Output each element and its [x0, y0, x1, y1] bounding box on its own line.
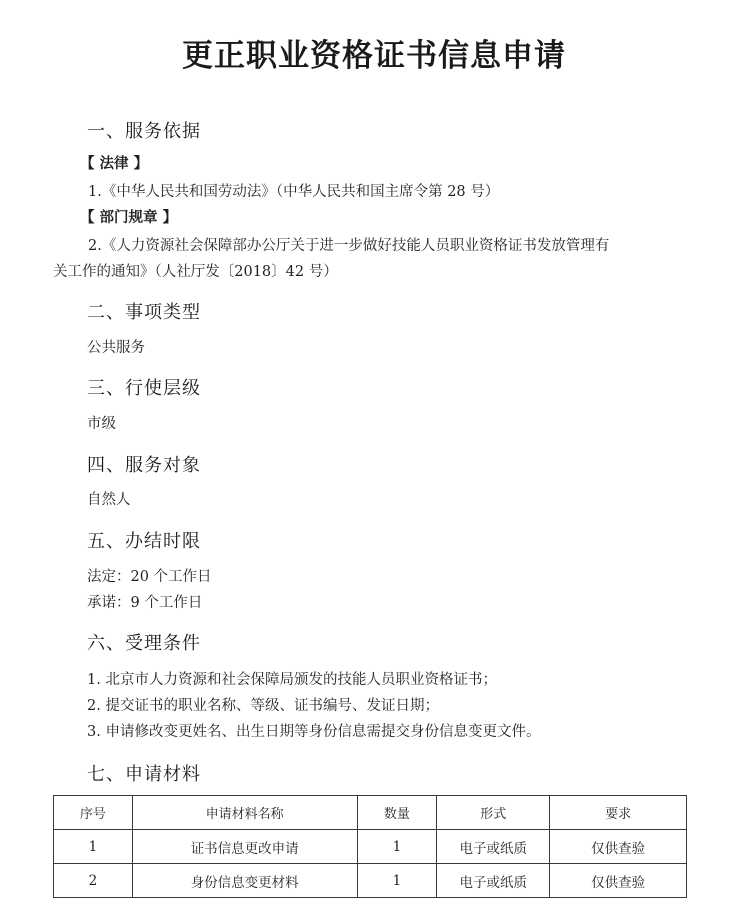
cell-material-name: 证书信息更改申请	[132, 830, 357, 864]
section-heading-target: 四、服务对象	[87, 451, 201, 477]
cell-index: 1	[54, 830, 133, 864]
condition-item: 1. 北京市人力资源和社会保障局颁发的技能人员职业资格证书；	[87, 668, 497, 689]
cell-requirement: 仅供查验	[550, 864, 687, 898]
law-item: 1.《中华人民共和国劳动法》（中华人民共和国主席令第 28 号）	[88, 180, 499, 201]
law-label: 【 法律 】	[80, 152, 148, 173]
rule-label: 【 部门规章 】	[80, 206, 177, 227]
column-header-quantity: 数量	[357, 796, 437, 830]
column-header-form: 形式	[437, 796, 550, 830]
table-row: 1 证书信息更改申请 1 电子或纸质 仅供查验	[54, 830, 687, 864]
level-value: 市级	[87, 412, 116, 433]
section-heading-basis: 一、服务依据	[87, 117, 201, 143]
target-value: 自然人	[87, 488, 131, 509]
condition-item: 3. 申请修改变更姓名、出生日期等身份信息需提交身份信息变更文件。	[87, 720, 540, 741]
section-heading-materials: 七、申请材料	[87, 760, 201, 786]
section-heading-type: 二、事项类型	[87, 298, 201, 324]
legal-time-limit: 法定：20 个工作日	[87, 565, 212, 586]
cell-form: 电子或纸质	[437, 864, 550, 898]
section-heading-conditions: 六、受理条件	[87, 629, 201, 655]
cell-material-name: 身份信息变更材料	[132, 864, 357, 898]
table-header-row: 序号 申请材料名称 数量 形式 要求	[54, 796, 687, 830]
cell-quantity: 1	[357, 864, 437, 898]
section-heading-level: 三、行使层级	[87, 374, 201, 400]
rule-item-line1: 2.《人力资源社会保障部办公厅关于进一步做好技能人员职业资格证书发放管理有	[88, 234, 609, 255]
type-value: 公共服务	[87, 336, 145, 357]
rule-item-line2: 关工作的通知》（人社厅发〔2018〕42 号）	[53, 260, 338, 281]
table-row: 2 身份信息变更材料 1 电子或纸质 仅供查验	[54, 864, 687, 898]
cell-index: 2	[54, 864, 133, 898]
promised-time-limit: 承诺：9 个工作日	[87, 591, 202, 612]
cell-requirement: 仅供查验	[550, 830, 687, 864]
cell-form: 电子或纸质	[437, 830, 550, 864]
section-heading-time-limit: 五、办结时限	[87, 527, 201, 553]
column-header-requirement: 要求	[550, 796, 687, 830]
materials-table: 序号 申请材料名称 数量 形式 要求 1 证书信息更改申请 1 电子或纸质 仅供…	[53, 795, 687, 898]
cell-quantity: 1	[357, 830, 437, 864]
condition-item: 2. 提交证书的职业名称、等级、证书编号、发证日期；	[87, 694, 439, 715]
document-title: 更正职业资格证书信息申请	[0, 30, 748, 75]
column-header-material-name: 申请材料名称	[132, 796, 357, 830]
column-header-index: 序号	[54, 796, 133, 830]
